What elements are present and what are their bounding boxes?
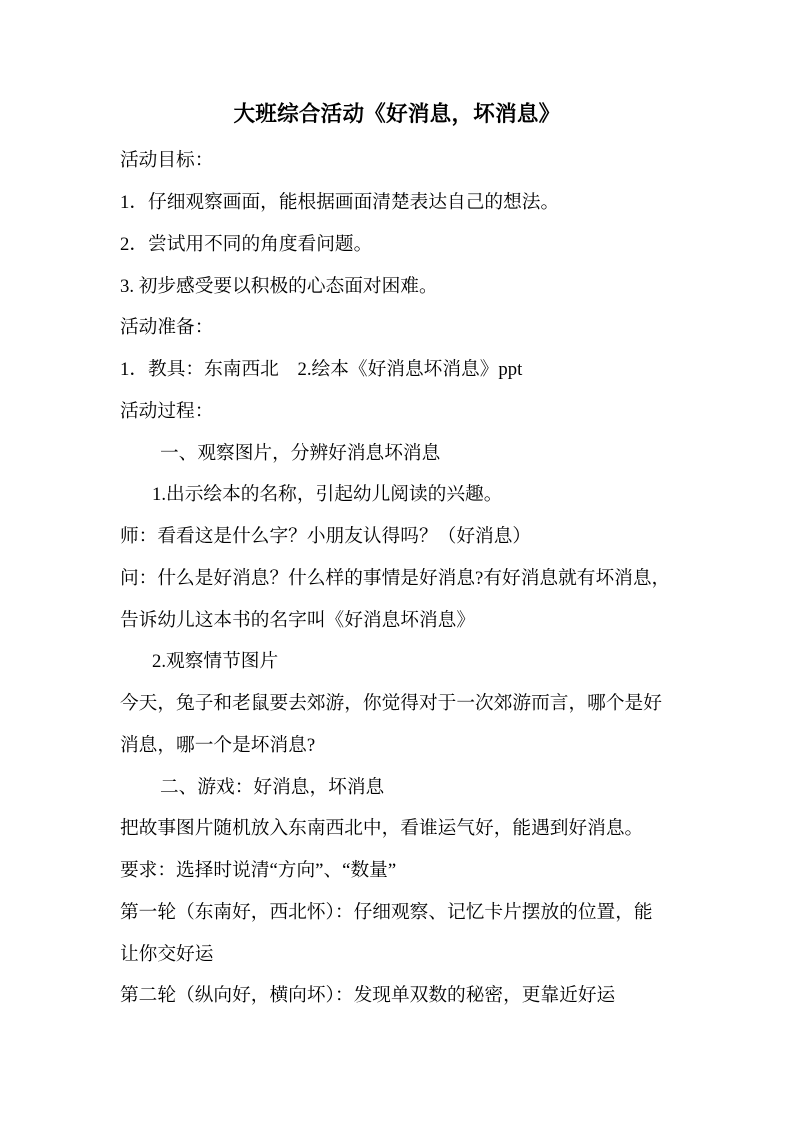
text-line: 问：什么是好消息？什么样的事情是好消息?有好消息就有坏消息， [120, 556, 680, 598]
text-line: 一、观察图片，分辨好消息坏消息 [120, 430, 680, 472]
text-line: 二、游戏：好消息，坏消息 [120, 764, 680, 806]
document-title: 大班综合活动《好消息，坏消息》 [0, 99, 794, 130]
text-line: 师：看看这是什么字？小朋友认得吗？（好消息） [120, 514, 680, 556]
text-line: 2．尝试用不同的角度看问题。 [120, 222, 680, 264]
text-line: 1.出示绘本的名称，引起幼儿阅读的兴趣。 [120, 472, 680, 514]
text-line: 第一轮（东南好，西北怀）：仔细观察、记忆卡片摆放的位置，能 [120, 890, 680, 932]
text-line: 1．仔细观察画面，能根据画面清楚表达自己的想法。 [120, 180, 680, 222]
text-line: 3. 初步感受要以积极的心态面对困难。 [120, 263, 680, 305]
document-page: 大班综合活动《好消息，坏消息》 活动目标：1．仔细观察画面，能根据画面清楚表达自… [0, 0, 794, 1123]
text-line: 1．教具：东南西北 2.绘本《好消息坏消息》ppt [120, 347, 680, 389]
text-line: 告诉幼儿这本书的名字叫《好消息坏消息》 [120, 597, 680, 639]
text-line: 把故事图片随机放入东南西北中，看谁运气好，能遇到好消息。 [120, 806, 680, 848]
text-line: 要求：选择时说清“方向”、“数量” [120, 848, 680, 890]
text-line: 2.观察情节图片 [120, 639, 680, 681]
text-line: 活动过程： [120, 389, 680, 431]
text-line: 活动准备： [120, 305, 680, 347]
document-body: 活动目标：1．仔细观察画面，能根据画面清楚表达自己的想法。2．尝试用不同的角度看… [120, 138, 680, 1015]
text-line: 活动目标： [120, 138, 680, 180]
text-line: 今天，兔子和老鼠要去郊游，你觉得对于一次郊游而言，哪个是好 [120, 681, 680, 723]
text-line: 第二轮（纵向好，横向坏）：发现单双数的秘密，更靠近好运 [120, 973, 680, 1015]
text-line: 消息，哪一个是坏消息? [120, 723, 680, 765]
text-line: 让你交好运 [120, 931, 680, 973]
